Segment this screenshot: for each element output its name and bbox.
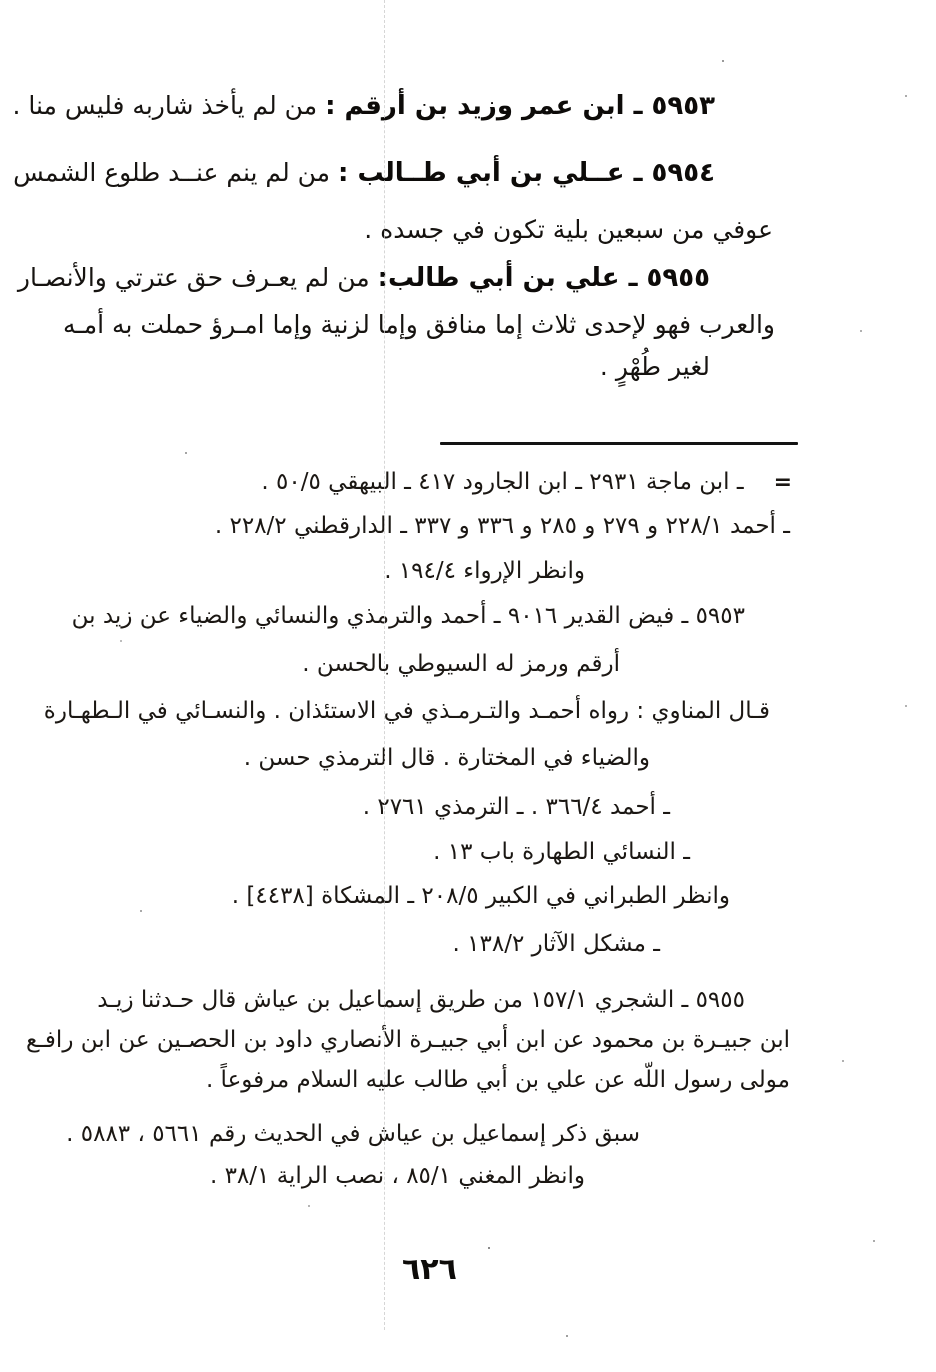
- footnote-text: سبق ذكر إسماعيل بن عياش في الحديث رقم ٥٦…: [66, 1121, 640, 1147]
- footnote-text: وانظر الطبراني في الكبير ٢٠٨/٥ ـ المشكاة…: [232, 883, 730, 909]
- footnote-text: أرقم ورمز له السيوطي بالحسن .: [302, 651, 620, 677]
- footnote-line: وانظر الإرواء ١٩٤/٤ .: [384, 557, 585, 586]
- scanned-book-page: ٥٩٥٣ ـ ابن عمر وزيد بن أرقم : من لم يأخذ…: [0, 0, 936, 1372]
- footnote-line: سبق ذكر إسماعيل بن عياش في الحديث رقم ٥٦…: [66, 1120, 640, 1149]
- footnote-line: ٥٩٥٥ ـ الشجري ١٥٧/١ من طريق إسماعيل بن ع…: [97, 986, 745, 1015]
- hadith-text: من لم ينم عنــد طلوع الشمس: [13, 158, 338, 187]
- footnote-line: وانظر المغني ٨٥/١ ، نصب الراية ٣٨/١ .: [210, 1162, 585, 1191]
- footnote-text: ـ أحمد ٣٦٦/٤ . ـ الترمذي ٢٧٦١ .: [363, 794, 670, 820]
- hadith-text: لغير طُهْرٍ .: [600, 352, 710, 381]
- footnote-continuation-mark: =: [774, 470, 792, 495]
- scan-fold-artifact: [384, 0, 385, 1330]
- hadith-number-narrator: ٥٩٥٤ ـ عــلي بن أبي طــالب :: [338, 158, 715, 188]
- footnote-text: قـال المناوي : رواه أحمـد والتـرمـذي في …: [44, 698, 770, 724]
- footnote-text: ـ النسائي الطهارة باب ١٣ .: [433, 839, 690, 865]
- footnote-text: ـ مشكل الآثار ١٣٨/٢ .: [453, 931, 660, 957]
- footnote-text: ٥٩٥٣ ـ فيض القدير ٩٠١٦ ـ أحمد والترمذي و…: [72, 603, 745, 629]
- footnote-line: قـال المناوي : رواه أحمـد والتـرمـذي في …: [44, 697, 770, 726]
- footnote-text: مولى رسول اللّه عن علي بن أبي طالب عليه …: [206, 1067, 790, 1093]
- footnote-text: ـ أحمد ٢٢٨/١ و ٢٧٩ و ٢٨٥ و ٣٣٦ و ٣٣٧ ـ ا…: [215, 513, 790, 539]
- footnote-text: ٥٩٥٥ ـ الشجري ١٥٧/١ من طريق إسماعيل بن ع…: [97, 987, 745, 1013]
- hadith-text: عوفي من سبعين بلية تكون في جسده .: [364, 215, 773, 244]
- hadith-text: من لم يأخذ شاربه فليس منا .: [12, 91, 325, 120]
- hadith-line-5954: ٥٩٥٤ ـ عــلي بن أبي طــالب : من لم ينم ع…: [13, 157, 715, 190]
- footnote-line: وانظر الطبراني في الكبير ٢٠٨/٥ ـ المشكاة…: [232, 882, 730, 911]
- footnote-separator-line: [440, 442, 798, 445]
- hadith-text: من لم يعـرف حق عترتي والأنصـار: [18, 263, 378, 292]
- footnote-line: ـ أحمد ٢٢٨/١ و ٢٧٩ و ٢٨٥ و ٣٣٦ و ٣٣٧ ـ ا…: [215, 512, 790, 541]
- footnote-line: ـ النسائي الطهارة باب ١٣ .: [433, 838, 690, 867]
- footnote-text: ابن جبيـرة بن محمود عن ابن أبي جبيـرة ال…: [26, 1027, 790, 1053]
- footnote-line: والضياء في المختارة . قال الترمذي حسن .: [244, 744, 650, 773]
- scan-noise-speckles: [722, 60, 724, 62]
- footnote-line: ابن جبيـرة بن محمود عن ابن أبي جبيـرة ال…: [26, 1026, 790, 1055]
- footnote-line: =ـ ابن ماجة ٢٩٣١ ـ ابن الجارود ٤١٧ ـ الب…: [261, 468, 792, 497]
- hadith-number-narrator: ٥٩٥٥ ـ علي بن أبي طالب:: [378, 263, 710, 293]
- hadith-line-5955: ٥٩٥٥ ـ علي بن أبي طالب: من لم يعـرف حق ع…: [18, 262, 710, 295]
- footnote-text: والضياء في المختارة . قال الترمذي حسن .: [244, 745, 650, 771]
- hadith-line-5955-cont2: لغير طُهْرٍ .: [600, 351, 710, 382]
- footnote-line: ـ مشكل الآثار ١٣٨/٢ .: [453, 930, 660, 959]
- hadith-line-5954-cont: عوفي من سبعين بلية تكون في جسده .: [364, 214, 773, 245]
- page-number: ٦٢٦: [402, 1252, 457, 1287]
- hadith-line-5955-cont1: والعرب فهو لإحدى ثلاث إما منافق وإما لزن…: [63, 309, 775, 340]
- footnote-text: وانظر المغني ٨٥/١ ، نصب الراية ٣٨/١ .: [210, 1163, 585, 1189]
- footnote-line: أرقم ورمز له السيوطي بالحسن .: [302, 650, 620, 679]
- footnote-line: ٥٩٥٣ ـ فيض القدير ٩٠١٦ ـ أحمد والترمذي و…: [72, 602, 745, 631]
- footnote-text: ـ ابن ماجة ٢٩٣١ ـ ابن الجارود ٤١٧ ـ البي…: [261, 469, 743, 495]
- footnote-line: مولى رسول اللّه عن علي بن أبي طالب عليه …: [206, 1066, 790, 1095]
- footnote-line: ـ أحمد ٣٦٦/٤ . ـ الترمذي ٢٧٦١ .: [363, 793, 670, 822]
- footnote-text: وانظر الإرواء ١٩٤/٤ .: [384, 558, 585, 584]
- hadith-line-5953: ٥٩٥٣ ـ ابن عمر وزيد بن أرقم : من لم يأخذ…: [12, 90, 715, 123]
- hadith-text: والعرب فهو لإحدى ثلاث إما منافق وإما لزن…: [63, 310, 775, 339]
